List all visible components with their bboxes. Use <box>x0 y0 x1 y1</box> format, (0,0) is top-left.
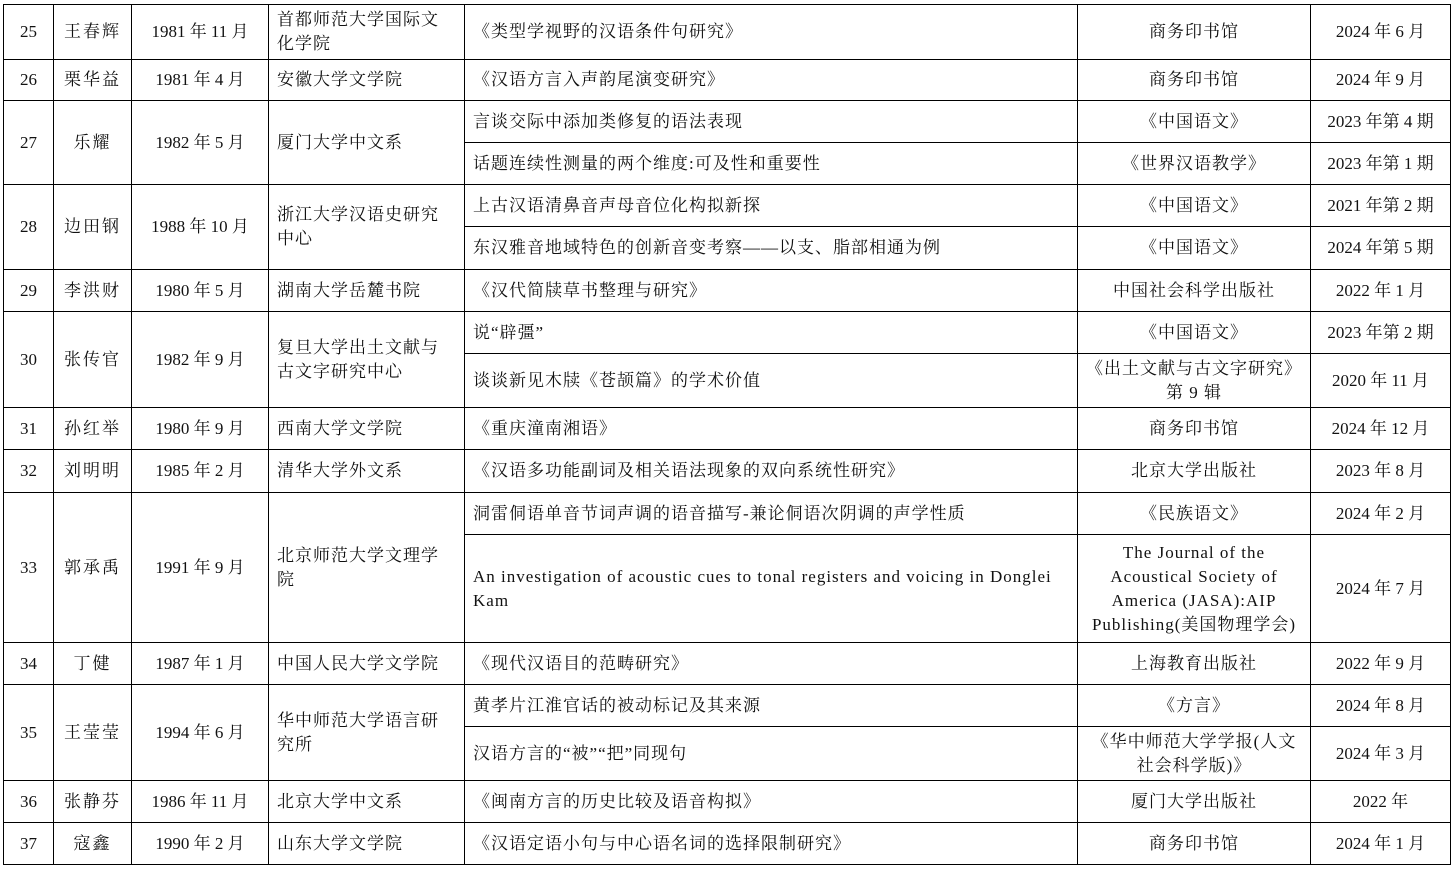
scholar-name: 刘明明 <box>54 450 132 493</box>
publish-date: 2020 年 11 月 <box>1311 354 1451 408</box>
publisher: 《方言》 <box>1078 685 1311 727</box>
birth-date: 1994 年 6 月 <box>132 685 269 781</box>
birth-date: 1990 年 2 月 <box>132 823 269 865</box>
affiliation: 安徽大学文学院 <box>269 60 465 101</box>
publisher: 厦门大学出版社 <box>1078 781 1311 823</box>
table-row: 30 张传官 1982 年 9 月 复旦大学出土文献与古文字研究中心 说“辟彊”… <box>4 312 1451 354</box>
table-row: 33 郭承禹 1991 年 9 月 北京师范大学文理学院 洞雷侗语单音节词声调的… <box>4 493 1451 535</box>
publisher: 《民族语文》 <box>1078 493 1311 535</box>
birth-date: 1980 年 9 月 <box>132 408 269 450</box>
publish-date: 2024 年 9 月 <box>1311 60 1451 101</box>
publisher: 《中国语文》 <box>1078 185 1311 227</box>
table-row: 31 孙红举 1980 年 9 月 西南大学文学院 《重庆潼南湘语》 商务印书馆… <box>4 408 1451 450</box>
publisher: 商务印书馆 <box>1078 823 1311 865</box>
publisher: 中国社会科学出版社 <box>1078 270 1311 312</box>
affiliation: 首都师范大学国际文化学院 <box>269 5 465 60</box>
work-title: 《现代汉语目的范畴研究》 <box>465 643 1078 685</box>
work-title: 东汉雅音地域特色的创新音变考察——以支、脂部相通为例 <box>465 227 1078 270</box>
scholar-name: 郭承禹 <box>54 493 132 643</box>
work-title: 《闽南方言的历史比较及语音构拟》 <box>465 781 1078 823</box>
publish-date: 2024 年 1 月 <box>1311 823 1451 865</box>
affiliation: 湖南大学岳麓书院 <box>269 270 465 312</box>
affiliation: 北京大学中文系 <box>269 781 465 823</box>
publish-date: 2023 年第 2 期 <box>1311 312 1451 354</box>
work-title: 上古汉语清鼻音声母音位化构拟新探 <box>465 185 1078 227</box>
scholar-name: 乐耀 <box>54 101 132 185</box>
scholar-name: 王春辉 <box>54 5 132 60</box>
row-number: 37 <box>4 823 54 865</box>
affiliation: 山东大学文学院 <box>269 823 465 865</box>
row-number: 29 <box>4 270 54 312</box>
publisher: 商务印书馆 <box>1078 60 1311 101</box>
publish-date: 2024 年 12 月 <box>1311 408 1451 450</box>
publisher: 《华中师范大学学报(人文社会科学版)》 <box>1078 727 1311 781</box>
publisher: 上海教育出版社 <box>1078 643 1311 685</box>
affiliation: 华中师范大学语言研究所 <box>269 685 465 781</box>
publisher: 《中国语文》 <box>1078 101 1311 143</box>
row-number: 34 <box>4 643 54 685</box>
table-row: 25 王春辉 1981 年 11 月 首都师范大学国际文化学院 《类型学视野的汉… <box>4 5 1451 60</box>
row-number: 36 <box>4 781 54 823</box>
scholar-name: 丁健 <box>54 643 132 685</box>
table-row: 36 张静芬 1986 年 11 月 北京大学中文系 《闽南方言的历史比较及语音… <box>4 781 1451 823</box>
work-title: 话题连续性测量的两个维度:可及性和重要性 <box>465 143 1078 185</box>
table-row: 28 边田钢 1988 年 10 月 浙江大学汉语史研究中心 上古汉语清鼻音声母… <box>4 185 1451 227</box>
scholar-name: 王莹莹 <box>54 685 132 781</box>
birth-date: 1980 年 5 月 <box>132 270 269 312</box>
row-number: 32 <box>4 450 54 493</box>
birth-date: 1982 年 9 月 <box>132 312 269 408</box>
publish-date: 2024 年第 5 期 <box>1311 227 1451 270</box>
table-row: 26 栗华益 1981 年 4 月 安徽大学文学院 《汉语方言入声韵尾演变研究》… <box>4 60 1451 101</box>
work-title: 《汉语方言入声韵尾演变研究》 <box>465 60 1078 101</box>
publisher: 《出土文献与古文字研究》第 9 辑 <box>1078 354 1311 408</box>
publish-date: 2022 年 1 月 <box>1311 270 1451 312</box>
publish-date: 2022 年 <box>1311 781 1451 823</box>
row-number: 28 <box>4 185 54 270</box>
row-number: 26 <box>4 60 54 101</box>
birth-date: 1991 年 9 月 <box>132 493 269 643</box>
publisher: 《中国语文》 <box>1078 312 1311 354</box>
work-title: 汉语方言的“被”“把”同现句 <box>465 727 1078 781</box>
scholar-name: 张静芬 <box>54 781 132 823</box>
publish-date: 2023 年 8 月 <box>1311 450 1451 493</box>
affiliation: 厦门大学中文系 <box>269 101 465 185</box>
publisher: 商务印书馆 <box>1078 408 1311 450</box>
work-title: 言谈交际中添加类修复的语法表现 <box>465 101 1078 143</box>
birth-date: 1982 年 5 月 <box>132 101 269 185</box>
birth-date: 1985 年 2 月 <box>132 450 269 493</box>
affiliation: 西南大学文学院 <box>269 408 465 450</box>
work-title: 《汉语定语小句与中心语名词的选择限制研究》 <box>465 823 1078 865</box>
scholar-name: 栗华益 <box>54 60 132 101</box>
work-title: 谈谈新见木牍《苍颉篇》的学术价值 <box>465 354 1078 408</box>
birth-date: 1986 年 11 月 <box>132 781 269 823</box>
row-number: 30 <box>4 312 54 408</box>
birth-date: 1987 年 1 月 <box>132 643 269 685</box>
table-row: 35 王莹莹 1994 年 6 月 华中师范大学语言研究所 黄孝片江淮官话的被动… <box>4 685 1451 727</box>
publish-date: 2024 年 2 月 <box>1311 493 1451 535</box>
scholar-name: 孙红举 <box>54 408 132 450</box>
work-title: 说“辟彊” <box>465 312 1078 354</box>
affiliation: 清华大学外文系 <box>269 450 465 493</box>
publish-date: 2021 年第 2 期 <box>1311 185 1451 227</box>
work-title: 《类型学视野的汉语条件句研究》 <box>465 5 1078 60</box>
work-title: 《汉代简牍草书整理与研究》 <box>465 270 1078 312</box>
table-row: 37 寇鑫 1990 年 2 月 山东大学文学院 《汉语定语小句与中心语名词的选… <box>4 823 1451 865</box>
birth-date: 1981 年 4 月 <box>132 60 269 101</box>
scholar-name: 寇鑫 <box>54 823 132 865</box>
table-row: 34 丁健 1987 年 1 月 中国人民大学文学院 《现代汉语目的范畴研究》 … <box>4 643 1451 685</box>
birth-date: 1988 年 10 月 <box>132 185 269 270</box>
birth-date: 1981 年 11 月 <box>132 5 269 60</box>
table-row: 27 乐耀 1982 年 5 月 厦门大学中文系 言谈交际中添加类修复的语法表现… <box>4 101 1451 143</box>
work-title: 黄孝片江淮官话的被动标记及其来源 <box>465 685 1078 727</box>
scholar-name: 李洪财 <box>54 270 132 312</box>
publish-date: 2024 年 3 月 <box>1311 727 1451 781</box>
affiliation: 复旦大学出土文献与古文字研究中心 <box>269 312 465 408</box>
row-number: 31 <box>4 408 54 450</box>
publish-date: 2024 年 6 月 <box>1311 5 1451 60</box>
row-number: 33 <box>4 493 54 643</box>
work-title: 《汉语多功能副词及相关语法现象的双向系统性研究》 <box>465 450 1078 493</box>
affiliation: 北京师范大学文理学院 <box>269 493 465 643</box>
affiliation: 浙江大学汉语史研究中心 <box>269 185 465 270</box>
work-title: 洞雷侗语单音节词声调的语音描写-兼论侗语次阴调的声学性质 <box>465 493 1078 535</box>
publish-date: 2023 年第 1 期 <box>1311 143 1451 185</box>
scholar-publications-table: 25 王春辉 1981 年 11 月 首都师范大学国际文化学院 《类型学视野的汉… <box>3 4 1451 865</box>
publisher: 《中国语文》 <box>1078 227 1311 270</box>
row-number: 35 <box>4 685 54 781</box>
affiliation: 中国人民大学文学院 <box>269 643 465 685</box>
publisher: 商务印书馆 <box>1078 5 1311 60</box>
publish-date: 2024 年 8 月 <box>1311 685 1451 727</box>
publisher: 北京大学出版社 <box>1078 450 1311 493</box>
scholar-name: 张传官 <box>54 312 132 408</box>
publish-date: 2022 年 9 月 <box>1311 643 1451 685</box>
publisher: 《世界汉语教学》 <box>1078 143 1311 185</box>
publish-date: 2023 年第 4 期 <box>1311 101 1451 143</box>
work-title: 《重庆潼南湘语》 <box>465 408 1078 450</box>
work-title: An investigation of acoustic cues to ton… <box>465 535 1078 643</box>
table-row: 29 李洪财 1980 年 5 月 湖南大学岳麓书院 《汉代简牍草书整理与研究》… <box>4 270 1451 312</box>
publish-date: 2024 年 7 月 <box>1311 535 1451 643</box>
row-number: 25 <box>4 5 54 60</box>
publisher: The Journal of the Acoustical Society of… <box>1078 535 1311 643</box>
table-row: 32 刘明明 1985 年 2 月 清华大学外文系 《汉语多功能副词及相关语法现… <box>4 450 1451 493</box>
row-number: 27 <box>4 101 54 185</box>
scholar-name: 边田钢 <box>54 185 132 270</box>
